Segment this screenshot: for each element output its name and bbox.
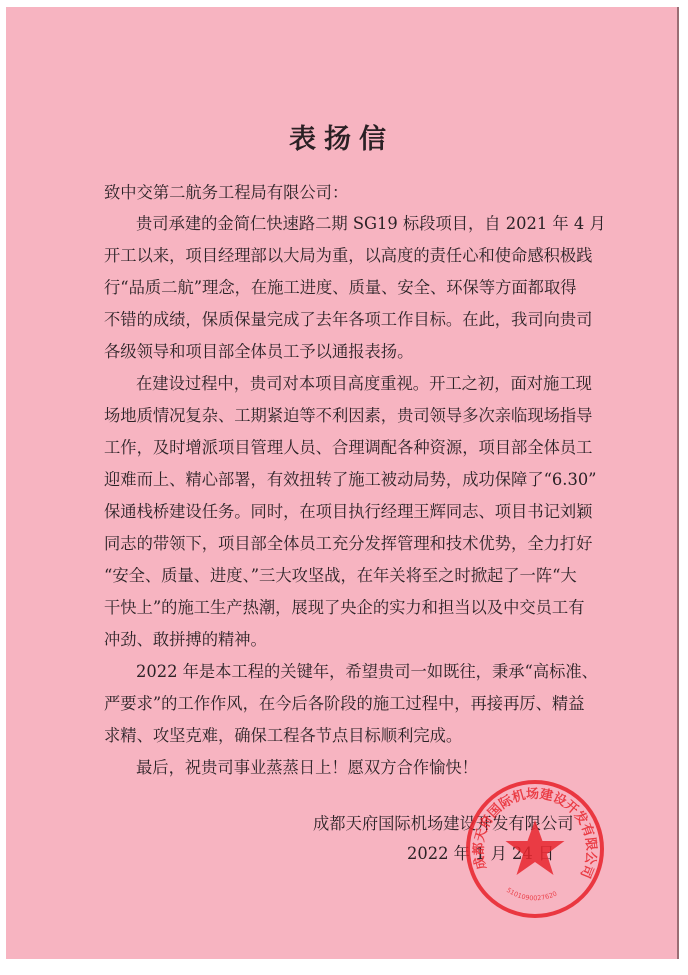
- letter-page: 表扬信 致中交第二航务工程局有限公司： 贵司承建的金简仁快速路二期 SG19 标…: [6, 7, 679, 959]
- letter-line: 最后，祝贵司事业蒸蒸日上！愿双方合作愉快！: [136, 756, 478, 780]
- svg-text:5101090027620: 5101090027620: [505, 886, 558, 902]
- letter-line: 保通栈桥建设任务。同时，在项目执行经理王辉同志、项目书记刘颖: [104, 500, 592, 524]
- letter-line: 求精、攻坚克难，确保工程各节点目标顺利完成。: [104, 724, 462, 748]
- letter-line: 干快上”的施工生产热潮，展现了央企的实力和担当以及中交员工有: [104, 596, 584, 620]
- letter-line: 场地质情况复杂、工期紧迫等不利因素，贵司领导多次亲临现场指导: [104, 404, 592, 428]
- letter-line: 贵司承建的金简仁快速路二期 SG19 标段项目，自 2021 年 4 月: [136, 212, 606, 236]
- letter-line: 2022 年是本工程的关键年，希望贵司一如既往，秉承“高标准、: [136, 660, 598, 684]
- letter-line: 迎难而上、精心部署，有效扭转了施工被动局势，成功保障了“6.30”: [104, 468, 597, 492]
- letter-line: 同志的带领下，项目部全体员工充分发挥管理和技术优势，全力打好: [104, 532, 592, 556]
- letter-line: 各级领导和项目部全体员工予以通报表扬。: [104, 340, 413, 364]
- letter-line: 工作，及时增派项目管理人员、合理调配各种资源，项目部全体员工: [104, 436, 592, 460]
- letter-line: 严要求”的工作作风，在今后各阶段的施工过程中，再接再厉、精益: [104, 692, 584, 716]
- letter-line: “安全、质量、进度、”三大攻坚战，在年关将至之时掀起了一阵“大: [104, 564, 577, 588]
- letter-line: 在建设过程中，贵司对本项目高度重视。开工之初，面对施工现: [136, 372, 592, 396]
- company-seal-icon: 成都天府国际机场建设开发有限公司 5101090027620: [464, 778, 606, 920]
- letter-line: 不错的成绩，保质保量完成了去年各项工作目标。在此，我司向贵司: [104, 308, 592, 332]
- salutation: 致中交第二航务工程局有限公司：: [104, 181, 348, 205]
- letter-line: 行“品质二航”理念，在施工进度、质量、安全、环保等方面都取得: [104, 276, 577, 300]
- letter-title: 表扬信: [6, 117, 677, 156]
- letter-line: 开工以来，项目经理部以大局为重，以高度的责任心和使命感积极践: [104, 244, 592, 268]
- letter-line: 冲劲、敢拼搏的精神。: [104, 628, 267, 652]
